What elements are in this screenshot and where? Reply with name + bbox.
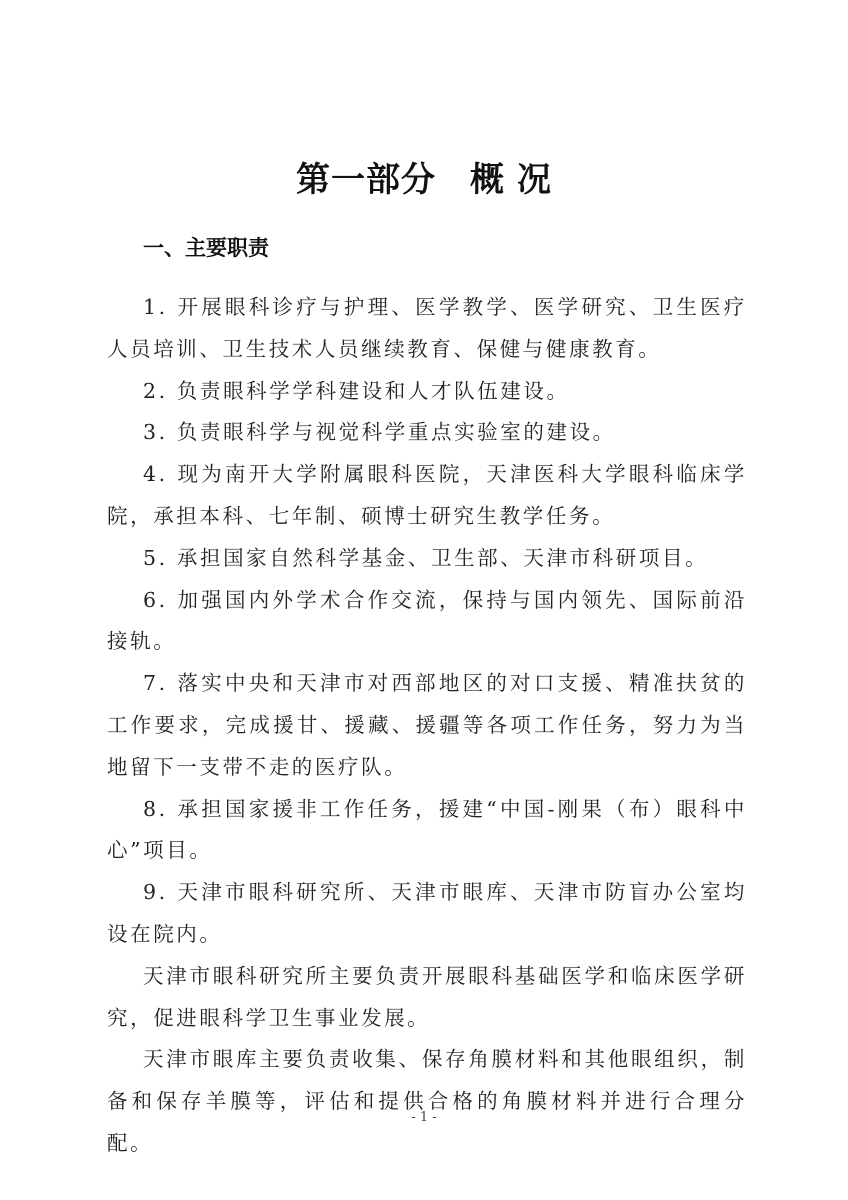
section-heading: 一、主要职责 <box>143 232 269 262</box>
paragraph-research-institute: 天津市眼科研究所主要负责开展眼科基础医学和临床医学研究，促进眼科学卫生事业发展。 <box>107 956 747 1040</box>
paragraph-item-2: 2. 负责眼科学学科建设和人才队伍建设。 <box>107 371 747 413</box>
title-part: 第一部分 <box>296 160 436 200</box>
page-title: 第一部分概况 <box>0 152 848 201</box>
paragraph-item-4: 4. 现为南开大学附属眼科医院，天津医科大学眼科临床学院，承担本科、七年制、硕博… <box>107 454 747 538</box>
title-word-1: 概 <box>470 160 505 200</box>
paragraph-item-5: 5. 承担国家自然科学基金、卫生部、天津市科研项目。 <box>107 538 747 580</box>
body-text: 1. 开展眼科诊疗与护理、医学教学、医学研究、卫生医疗人员培训、卫生技术人员继续… <box>107 287 747 1165</box>
paragraph-item-1: 1. 开展眼科诊疗与护理、医学教学、医学研究、卫生医疗人员培训、卫生技术人员继续… <box>107 287 747 371</box>
paragraph-eye-bank: 天津市眼库主要负责收集、保存角膜材料和其他眼组织，制备和保存羊膜等，评估和提供合… <box>107 1039 747 1164</box>
paragraph-item-9: 9. 天津市眼科研究所、天津市眼库、天津市防盲办公室均设在院内。 <box>107 872 747 956</box>
paragraph-item-8: 8. 承担国家援非工作任务，援建“中国-刚果（布）眼科中心”项目。 <box>107 789 747 873</box>
paragraph-item-6: 6. 加强国内外学术合作交流，保持与国内领先、国际前沿接轨。 <box>107 580 747 664</box>
title-word-2: 况 <box>517 160 552 200</box>
paragraph-item-3: 3. 负责眼科学与视觉科学重点实验室的建设。 <box>107 412 747 454</box>
document-page: 第一部分概况 一、主要职责 1. 开展眼科诊疗与护理、医学教学、医学研究、卫生医… <box>0 0 848 1200</box>
page-number: - 1 - <box>0 1110 848 1125</box>
paragraph-item-7: 7. 落实中央和天津市对西部地区的对口支援、精准扶贫的工作要求，完成援甘、援藏、… <box>107 663 747 788</box>
